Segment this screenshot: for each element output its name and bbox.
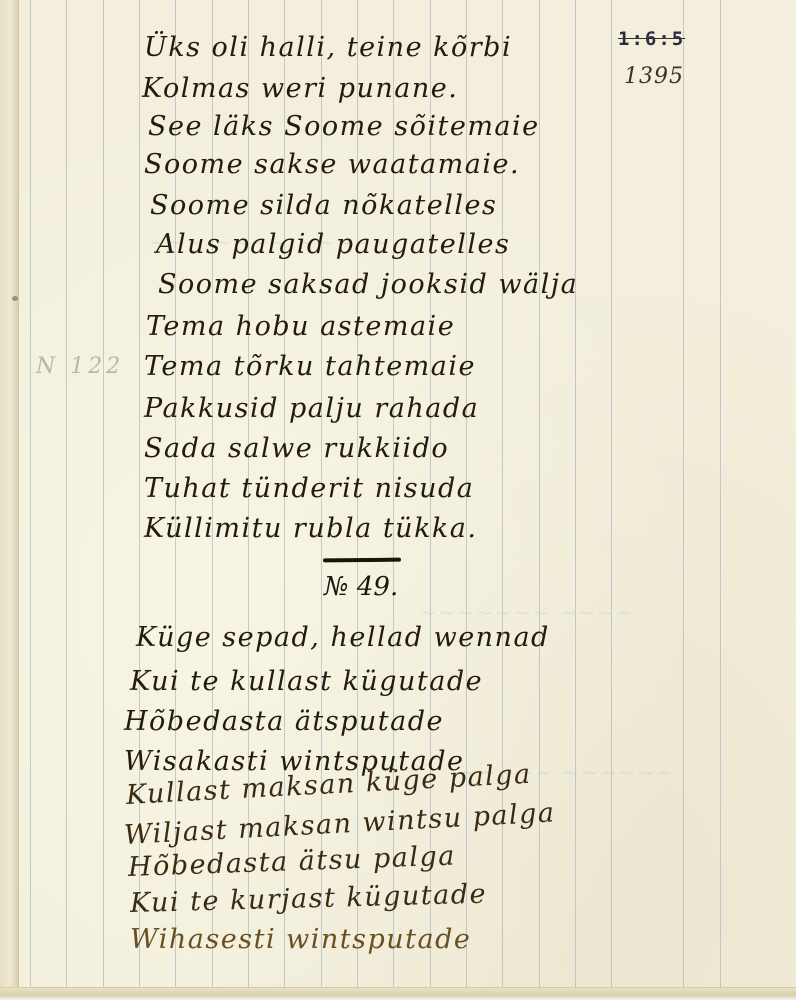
poem-line: Tuhat tünderit nisuda bbox=[144, 473, 474, 504]
poem-line: Soome silda nõkatelles bbox=[150, 190, 497, 221]
margin-note: N 122 bbox=[36, 354, 124, 379]
poem-line: Wihasesti wintsputade bbox=[130, 924, 471, 955]
section-divider bbox=[323, 558, 401, 563]
poem-line: Soome sakse waatamaie. bbox=[144, 149, 520, 180]
poem-line: Kolmas weri punane. bbox=[142, 73, 458, 104]
poem-line: Kui te kullast kügutade bbox=[130, 666, 483, 697]
manuscript-page: ~~~ ~~~~ ~~~~~ ~~~~~~~ ~~~~ ~~~~~ ~~~~~~… bbox=[0, 0, 796, 1000]
poem-line: Tema tõrku tahtemaie bbox=[144, 351, 476, 382]
poem-line: See läks Soome sõitemaie bbox=[148, 111, 540, 142]
poem-line: Hõbedasta ätsputade bbox=[124, 706, 444, 737]
poem-line: Üks oli halli, teine kõrbi bbox=[144, 32, 512, 63]
archive-number: 1395 bbox=[624, 64, 684, 89]
manuscript-content: ~~~ ~~~~ ~~~~~ ~~~~~~~ ~~~~ ~~~~~ ~~~~~~… bbox=[0, 0, 796, 1000]
poem-number: № 49. bbox=[324, 572, 398, 602]
struck-archive-number: 1:6:5 bbox=[618, 28, 685, 50]
poem-line: Alus palgid paugatelles bbox=[156, 229, 510, 260]
bleed-through: ~~~~~~~ ~~~~ bbox=[420, 600, 635, 624]
poem-line: Küllimitu rubla tükka. bbox=[144, 513, 477, 544]
poem-line: Tema hobu astemaie bbox=[146, 311, 455, 342]
poem-line: Küge sepad, hellad wennad bbox=[136, 622, 550, 653]
poem-line: Soome saksad jooksid wälja bbox=[158, 269, 578, 300]
poem-line: Sada salwe rukkiido bbox=[144, 433, 449, 464]
poem-line: Kui te kurjast kügutade bbox=[130, 879, 488, 919]
poem-line: Pakkusid palju rahada bbox=[144, 393, 479, 424]
